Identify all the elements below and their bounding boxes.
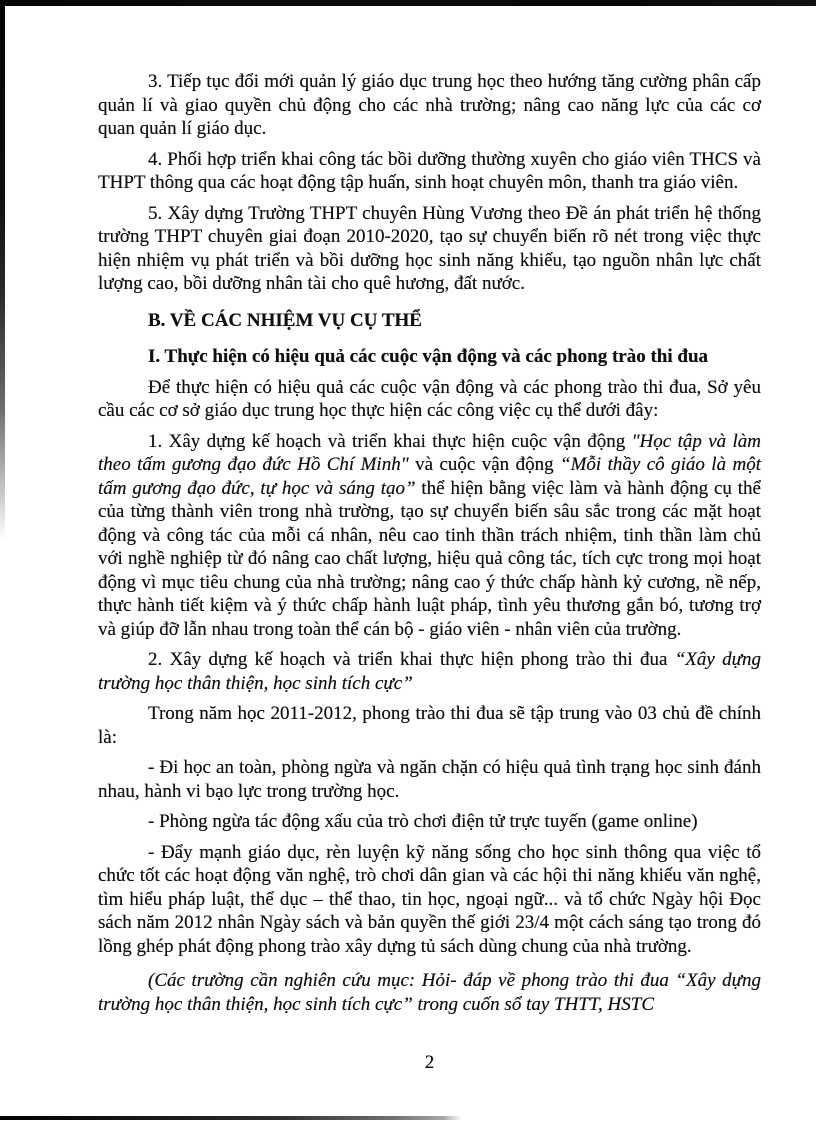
paragraph: 1. Xây dựng kế hoạch và triển khai thực … <box>98 423 761 642</box>
scanned-document-page: 3. Tiếp tục đổi mới quản lý giáo dục tru… <box>0 0 816 1123</box>
paragraph: Để thực hiện có hiệu quả các cuộc vận độ… <box>98 369 761 423</box>
scan-edge-bottom <box>0 1116 462 1120</box>
paragraph: (Các trường cần nghiên cứu mục: Hỏi- đáp… <box>98 958 761 1016</box>
text-run: - Đi học an toàn, phòng ngừa và ngăn chặ… <box>98 757 761 802</box>
text-run: Trong năm học 2011-2012, phong trào thi … <box>98 703 761 748</box>
paragraph: 5. Xây dựng Trường THPT chuyên Hùng Vươn… <box>98 195 761 296</box>
section-heading: I. Thực hiện có hiệu quả các cuộc vận độ… <box>98 332 761 369</box>
text-run: (Các trường cần nghiên cứu mục: Hỏi- đáp… <box>98 970 761 1015</box>
paragraph: - Đi học an toàn, phòng ngừa và ngăn chặ… <box>98 749 761 803</box>
paragraph: Trong năm học 2011-2012, phong trào thi … <box>98 695 761 749</box>
text-run: I. Thực hiện có hiệu quả các cuộc vận độ… <box>148 346 708 367</box>
paragraph: 3. Tiếp tục đổi mới quản lý giáo dục tru… <box>98 70 761 141</box>
text-run: 1. Xây dựng kế hoạch và triển khai thực … <box>148 431 632 452</box>
paragraph: - Đẩy mạnh giáo dục, rèn luyện kỹ năng s… <box>98 834 761 959</box>
text-run: 4. Phối hợp triển khai công tác bồi dưỡn… <box>98 149 761 194</box>
scan-edge-top <box>0 0 816 6</box>
text-run: - Phòng ngừa tác động xấu của trò chơi đ… <box>148 811 698 832</box>
text-run: B. VỀ CÁC NHIỆM VỤ CỤ THỂ <box>148 310 422 331</box>
section-heading: B. VỀ CÁC NHIỆM VỤ CỤ THỂ <box>98 296 761 333</box>
text-run: và cuộc vận động <box>409 454 560 475</box>
text-run: 5. Xây dựng Trường THPT chuyên Hùng Vươn… <box>98 203 761 295</box>
page-number: 2 <box>98 1052 761 1074</box>
text-run: 2. Xây dựng kế hoạch và triển khai thực … <box>148 649 675 670</box>
paragraph: - Phòng ngừa tác động xấu của trò chơi đ… <box>98 803 761 834</box>
document-body: 3. Tiếp tục đổi mới quản lý giáo dục tru… <box>98 70 761 1016</box>
text-run: 3. Tiếp tục đổi mới quản lý giáo dục tru… <box>98 71 761 139</box>
scan-edge-left <box>0 0 5 540</box>
text-run: thể hiện bằng việc làm và hành động cụ t… <box>98 478 761 640</box>
text-run: Để thực hiện có hiệu quả các cuộc vận độ… <box>98 377 761 422</box>
text-run: - Đẩy mạnh giáo dục, rèn luyện kỹ năng s… <box>98 842 761 957</box>
paragraph: 4. Phối hợp triển khai công tác bồi dưỡn… <box>98 141 761 195</box>
paragraph: 2. Xây dựng kế hoạch và triển khai thực … <box>98 641 761 695</box>
